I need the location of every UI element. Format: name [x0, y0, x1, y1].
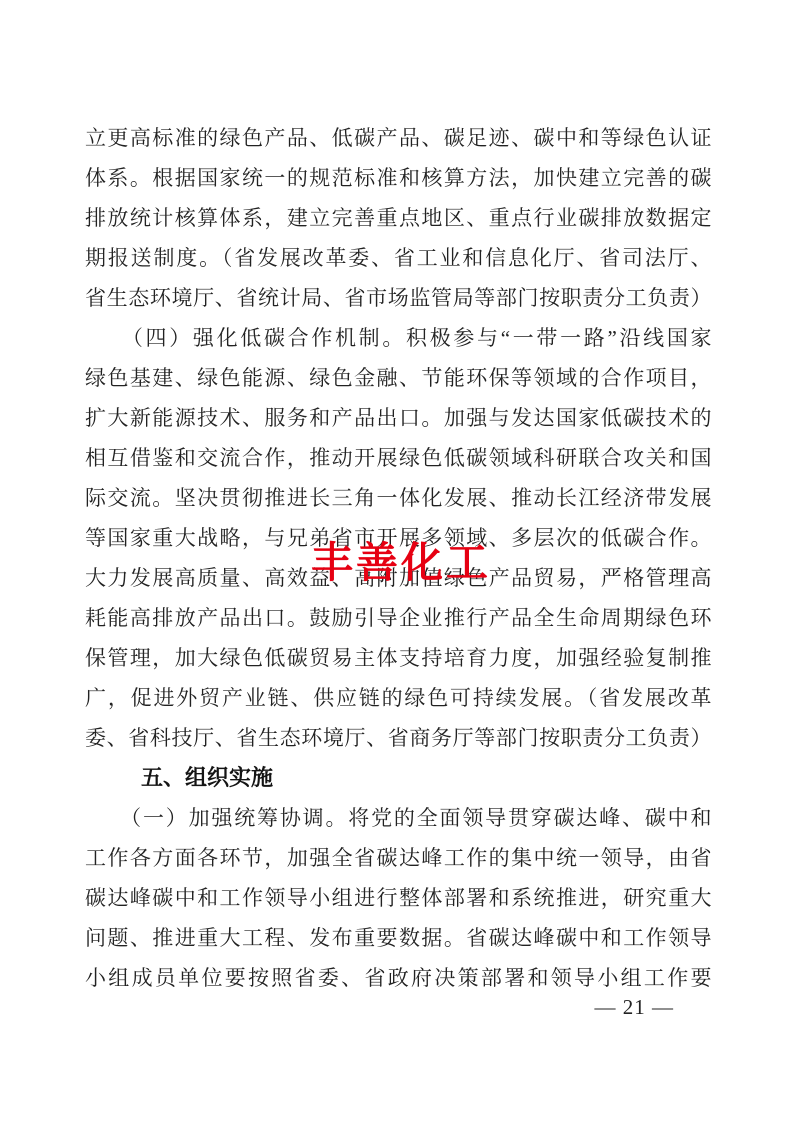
paragraph-line: 省生态环境厅、省统计局、省市场监管局等部门按职责分工负责） [85, 278, 712, 318]
paragraph-line: 委、省科技厅、省生态环境厅、省商务厅等部门按职责分工负责） [85, 718, 712, 758]
paragraph-line: 扩大新能源技术、服务和产品出口。加强与发达国家低碳技术的 [85, 398, 712, 438]
paragraph-line: 碳达峰碳中和工作领导小组进行整体部署和系统推进，研究重大 [85, 878, 712, 918]
section-heading: 五、组织实施 [85, 758, 712, 798]
watermark-text: 丰善化工 [311, 540, 491, 586]
paragraph-line: 体系。根据国家统一的规范标准和核算方法，加快建立完善的碳 [85, 158, 712, 198]
paragraph-line: 广，促进外贸产业链、供应链的绿色可持续发展。（省发展改革 [85, 678, 712, 718]
paragraph-line: （一）加强统筹协调。将党的全面领导贯穿碳达峰、碳中和 [85, 798, 712, 838]
paragraph-line: 期报送制度。（省发展改革委、省工业和信息化厅、省司法厅、 [85, 238, 712, 278]
paragraph-line: 立更高标准的绿色产品、低碳产品、碳足迹、碳中和等绿色认证 [85, 118, 712, 158]
paragraph-line: （四）强化低碳合作机制。积极参与“一带一路”沿线国家 [85, 318, 712, 358]
paragraph-line: 耗能高排放产品出口。鼓励引导企业推行产品全生命周期绿色环 [85, 598, 712, 638]
paragraph-line: 保管理，加大绿色低碳贸易主体支持培育力度，加强经验复制推 [85, 638, 712, 678]
paragraph-line: 小组成员单位要按照省委、省政府决策部署和领导小组工作要 [85, 958, 712, 998]
paragraph-line: 际交流。坚决贯彻推进长三角一体化发展、推动长江经济带发展 [85, 478, 712, 518]
paragraph-line: 工作各方面各环节，加强全省碳达峰工作的集中统一领导，由省 [85, 838, 712, 878]
page-number: — 21 — [595, 994, 675, 1020]
document-page: 立更高标准的绿色产品、低碳产品、碳足迹、碳中和等绿色认证 体系。根据国家统一的规… [0, 0, 794, 1123]
paragraph-line: 绿色基建、绿色能源、绿色金融、节能环保等领域的合作项目， [85, 358, 712, 398]
paragraph-line: 排放统计核算体系，建立完善重点地区、重点行业碳排放数据定 [85, 198, 712, 238]
paragraph-line: 问题、推进重大工程、发布重要数据。省碳达峰碳中和工作领导 [85, 918, 712, 958]
paragraph-line: 相互借鉴和交流合作，推动开展绿色低碳领域科研联合攻关和国 [85, 438, 712, 478]
